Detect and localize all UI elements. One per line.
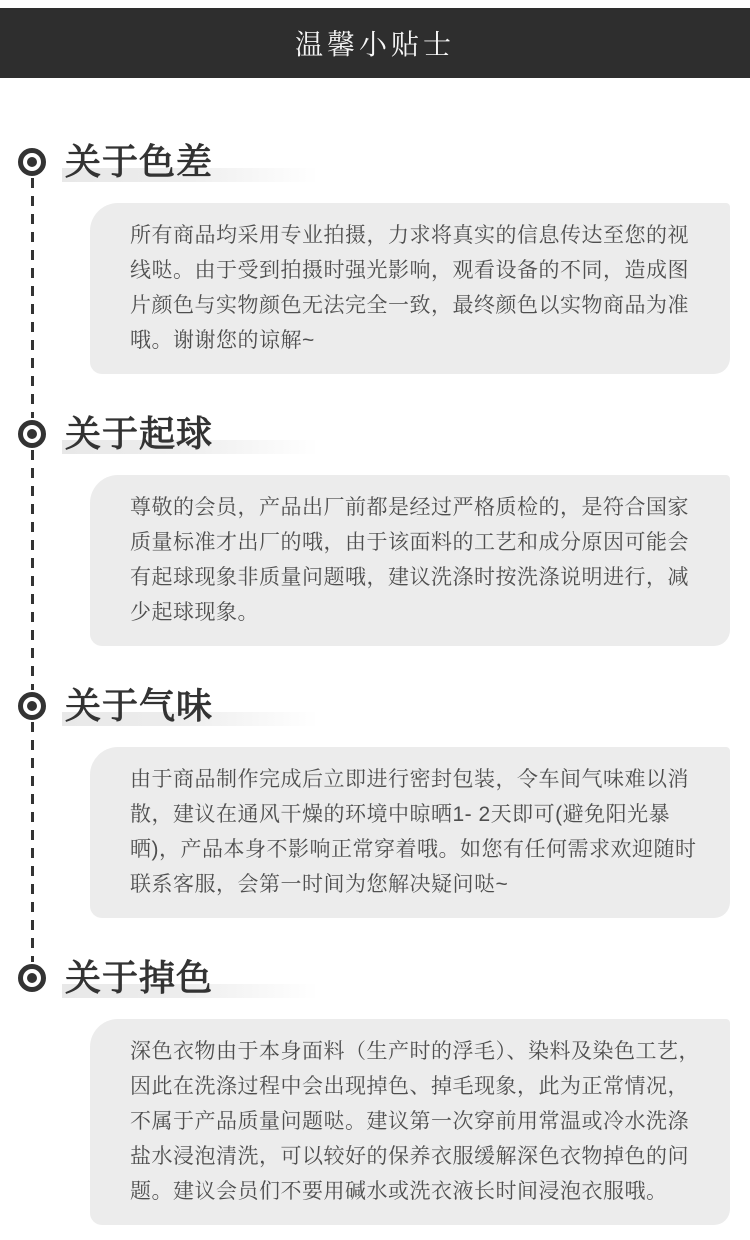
tip-text-box: 所有商品均采用专业拍摄，力求将真实的信息传达至您的视线哒。由于受到拍摄时强光影响… [90, 203, 730, 374]
header-bar: 温馨小贴士 [0, 8, 750, 78]
section-fading: 关于掉色 深色衣物由于本身面料（生产时的浮毛）、染料及染色工艺，因此在洗涤过程中… [0, 958, 750, 1225]
section-pilling: 关于起球 尊敬的会员，产品出厂前都是经过严格质检的，是符合国家质量标准才出厂的哦… [0, 414, 750, 646]
page-title: 温馨小贴士 [295, 23, 455, 63]
section-odor: 关于气味 由于商品制作完成后立即进行密封包装，令车间气味难以消散，建议在通风干燥… [0, 686, 750, 918]
section-title: 关于掉色 [65, 958, 213, 998]
tips-page: { "header": { "title": "温馨小贴士" }, "secti… [0, 0, 750, 1240]
section-head: 关于色差 [0, 142, 750, 182]
target-bullet-icon [18, 964, 46, 992]
section-title: 关于起球 [65, 414, 213, 454]
section-head: 关于起球 [0, 414, 750, 454]
tip-text-box: 深色衣物由于本身面料（生产时的浮毛）、染料及染色工艺，因此在洗涤过程中会出现掉色… [90, 1019, 730, 1225]
section-color-difference: 关于色差 所有商品均采用专业拍摄，力求将真实的信息传达至您的视线哒。由于受到拍摄… [0, 142, 750, 374]
target-bullet-icon [18, 148, 46, 176]
section-title: 关于色差 [65, 142, 213, 182]
section-head: 关于气味 [0, 686, 750, 726]
target-bullet-icon [18, 420, 46, 448]
tip-text-box: 由于商品制作完成后立即进行密封包装，令车间气味难以消散，建议在通风干燥的环境中晾… [90, 747, 730, 918]
tip-text-box: 尊敬的会员，产品出厂前都是经过严格质检的，是符合国家质量标准才出厂的哦，由于该面… [90, 475, 730, 646]
section-title: 关于气味 [65, 686, 213, 726]
target-bullet-icon [18, 692, 46, 720]
section-head: 关于掉色 [0, 958, 750, 998]
tips-timeline: 关于色差 所有商品均采用专业拍摄，力求将真实的信息传达至您的视线哒。由于受到拍摄… [0, 78, 750, 1225]
